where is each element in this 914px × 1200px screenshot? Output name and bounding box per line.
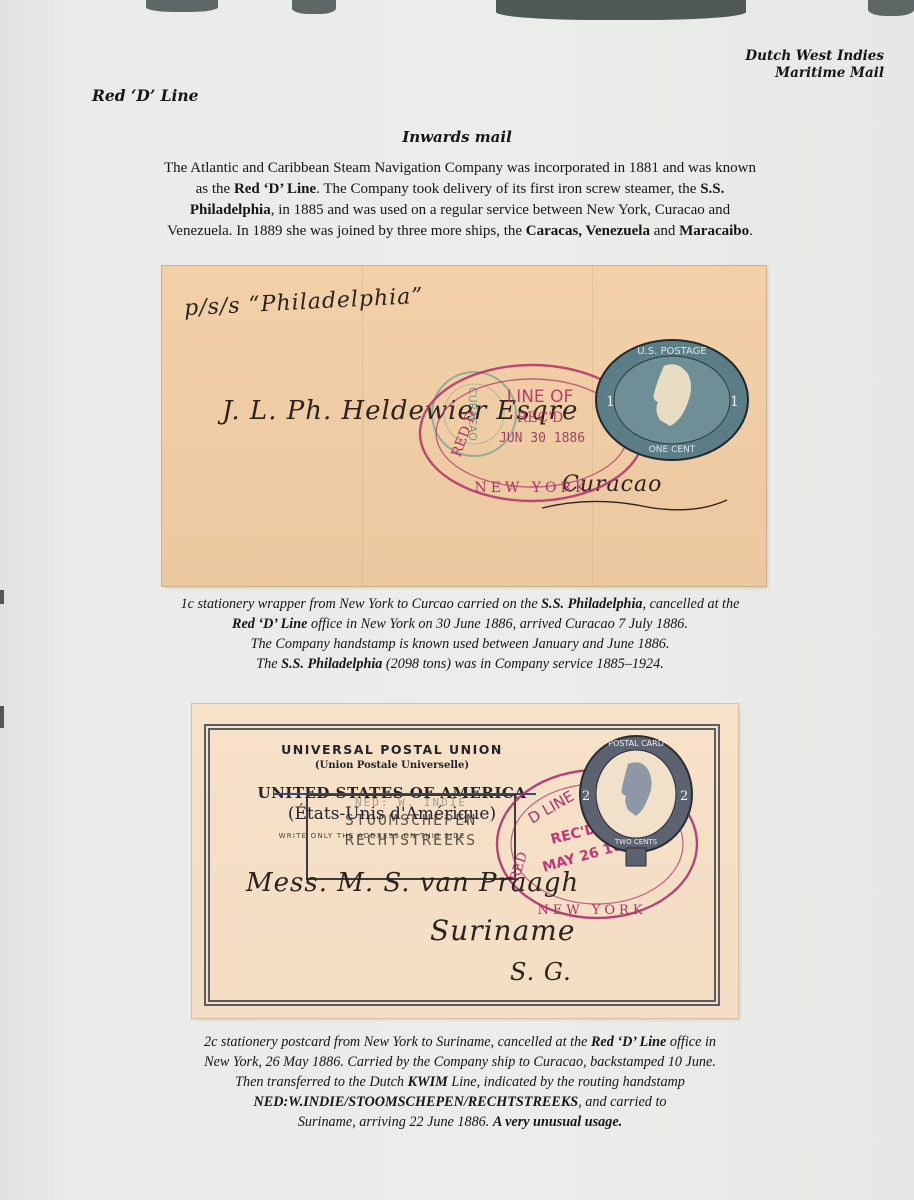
caption-bold: KWIM: [408, 1074, 448, 1090]
intro-text: and: [650, 223, 679, 239]
upu-heading: UNIVERSAL POSTAL UNION: [262, 742, 522, 757]
intro-bold: Caracas, Venezuela: [526, 223, 650, 239]
caption-line: 2c stationery postcard from New York to …: [170, 1032, 750, 1052]
caption-text: office in New York on 30 June 1886, arri…: [307, 616, 688, 632]
binder-mark: [868, 0, 914, 16]
svg-text:JUN 30 1886: JUN 30 1886: [499, 431, 585, 446]
caption-text: Then transferred to the Dutch: [235, 1074, 407, 1090]
svg-text:POSTAL CARD: POSTAL CARD: [608, 739, 664, 748]
svg-text:ONE CENT: ONE CENT: [649, 445, 696, 455]
caption-line: 1c stationery wrapper from New York to C…: [140, 594, 780, 614]
intro-bold: Maracaibo: [679, 223, 749, 239]
manuscript-address: Mess. M. S. van Praagh: [246, 868, 579, 898]
caption-bold: Red ‘D’ Line: [591, 1034, 666, 1050]
two-cent-liberty-indicium: POSTAL CARD TWO CENTS 2 2: [576, 730, 696, 870]
svg-text:NEW YORK: NEW YORK: [474, 480, 589, 496]
svg-text:2: 2: [582, 789, 590, 804]
collection-title-line2: Maritime Mail: [745, 65, 884, 82]
svg-text:LINE OF: LINE OF: [507, 387, 574, 407]
svg-text:U.S. POSTAGE: U.S. POSTAGE: [637, 346, 707, 357]
caption-text: (2098 tons) was in Company service 1885–…: [382, 656, 663, 672]
svg-text:2: 2: [680, 789, 688, 804]
caption-text: The: [256, 656, 281, 672]
manuscript-initials: S. G.: [510, 958, 572, 986]
caption-bold: S.S. Philadelphia: [541, 596, 642, 612]
intro-text: .: [749, 223, 753, 239]
caption-text: Line, indicated by the routing handstamp: [448, 1074, 685, 1090]
caption-text: 1c stationery wrapper from New York to C…: [181, 596, 542, 612]
caption-line: NED:W.INDIE/STOOMSCHEPEN/RECHTSTREEKS, a…: [170, 1092, 750, 1112]
svg-text:1: 1: [606, 394, 615, 410]
binder-mark: [496, 0, 746, 20]
collection-title-line1: Dutch West Indies: [745, 48, 884, 65]
edge-mark: [0, 706, 4, 728]
binder-mark: [146, 0, 218, 12]
binder-mark: [292, 0, 336, 14]
caption-line: The Company handstamp is known used betw…: [140, 634, 780, 654]
caption-text: , and carried to: [578, 1094, 666, 1110]
route-line: NED: W. INDIE: [308, 796, 514, 810]
caption-bold: Red ‘D’ Line: [232, 616, 307, 632]
stationery-postcard-image: UNIVERSAL POSTAL UNION (Union Postale Un…: [192, 704, 738, 1018]
edge-mark: [0, 590, 4, 604]
svg-text:REC'D: REC'D: [517, 410, 564, 426]
manuscript-ship-endorsement: p/s/s “Philadelphia”: [184, 284, 425, 322]
item2-caption: 2c stationery postcard from New York to …: [170, 1032, 750, 1132]
caption-text: 2c stationery postcard from New York to …: [204, 1034, 591, 1050]
route-line: RECHTSTREEKS: [308, 830, 514, 850]
section-title: Red ‘D’ Line: [92, 86, 199, 105]
caption-line: Suriname, arriving 22 June 1886. A very …: [170, 1112, 750, 1132]
caption-line: Red ‘D’ Line office in New York on 30 Ju…: [140, 614, 780, 634]
item1-caption: 1c stationery wrapper from New York to C…: [140, 594, 780, 674]
caption-bold: NED:W.INDIE/STOOMSCHEPEN/RECHTSTREEKS: [254, 1094, 579, 1110]
caption-text: office in: [666, 1034, 716, 1050]
stationery-wrapper-image: p/s/s “Philadelphia” CURACAO J. L. Ph. H…: [162, 266, 766, 586]
upu-subheading: (Union Postale Universelle): [262, 760, 522, 771]
caption-bold: A very unusual usage.: [493, 1114, 622, 1130]
one-cent-franklin-indicium: U.S. POSTAGE ONE CENT 1 1: [594, 338, 750, 462]
caption-bold: S.S. Philadelphia: [281, 656, 382, 672]
collection-title: Dutch West Indies Maritime Mail: [745, 48, 884, 82]
route-line: STOOMSCHEPEN: [308, 810, 514, 830]
subsection-title: Inwards mail: [0, 128, 914, 146]
intro-bold: Red ‘D’ Line: [234, 181, 316, 197]
svg-text:TWO CENTS: TWO CENTS: [614, 838, 658, 846]
svg-text:1: 1: [730, 394, 739, 410]
caption-text: Suriname, arriving 22 June 1886.: [298, 1114, 493, 1130]
caption-line: The S.S. Philadelphia (2098 tons) was in…: [140, 654, 780, 674]
paper-fold: [362, 266, 363, 586]
caption-line: New York, 26 May 1886. Carried by the Co…: [170, 1052, 750, 1072]
intro-paragraph: The Atlantic and Caribbean Steam Navigat…: [160, 158, 760, 242]
svg-text:RED D: RED D: [449, 409, 480, 459]
caption-text: , cancelled at the: [642, 596, 739, 612]
intro-text: . The Company took delivery of its first…: [316, 181, 700, 197]
manuscript-destination: Suriname: [430, 914, 575, 947]
caption-line: Then transferred to the Dutch KWIM Line,…: [170, 1072, 750, 1092]
